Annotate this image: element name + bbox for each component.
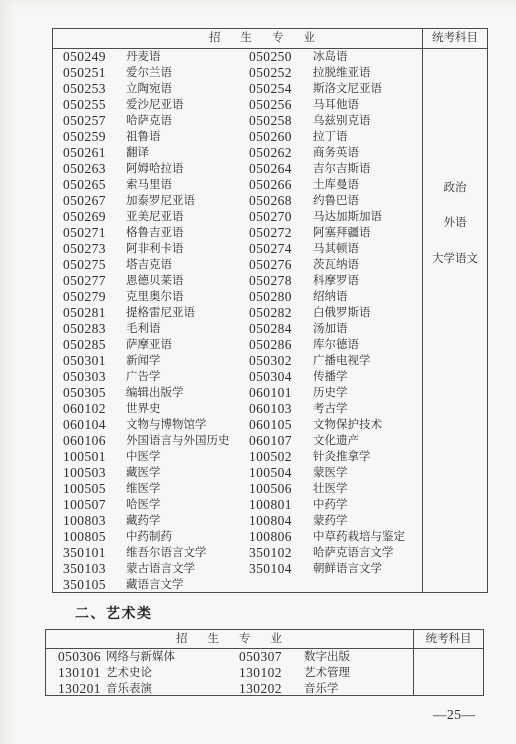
major-name: 哈医学 (126, 497, 249, 513)
major-name: 马耳他语 (313, 97, 422, 113)
major-code: 100501 (63, 449, 126, 465)
major-code: 050251 (63, 65, 126, 81)
major-code: 050255 (63, 97, 126, 113)
major-code: 350102 (249, 545, 313, 561)
major-code: 060106 (63, 433, 126, 449)
table-row: 050281 提格雷尼亚语 050282 白俄罗斯语 (53, 305, 422, 321)
major-code: 130101 (58, 665, 106, 681)
major-code: 050285 (63, 337, 126, 353)
major-name: 朝鲜语言文学 (313, 561, 422, 577)
major-code: 060101 (249, 385, 313, 401)
major-code: 050259 (63, 129, 126, 145)
major-name: 中草药栽培与鉴定 (313, 529, 422, 545)
major-name: 加泰罗尼亚语 (126, 193, 249, 209)
major-code: 050275 (63, 257, 126, 273)
major-name: 藏语言文学 (126, 577, 249, 593)
table-row: 050253 立陶宛语 050254 斯洛文尼亚语 (53, 81, 422, 97)
major-name: 编辑出版学 (126, 385, 249, 401)
major-code: 050286 (249, 337, 313, 353)
majors-header-label: 招生专业 (209, 29, 335, 48)
table-row: 060102 世界史 060103 考古学 (53, 401, 422, 417)
major-code: 050305 (63, 385, 126, 401)
major-name: 艺术管理 (304, 665, 413, 681)
major-name: 恩德贝莱语 (126, 273, 249, 289)
table-row: 100503 藏医学 100504 蒙医学 (53, 465, 422, 481)
major-code: 100503 (63, 465, 126, 481)
major-code: 060105 (249, 417, 313, 433)
major-name: 提格雷尼亚语 (126, 305, 249, 321)
major-code: 060102 (63, 401, 126, 417)
table-row: 050259 祖鲁语 050260 拉丁语 (53, 129, 422, 145)
table-row: 050277 恩德贝莱语 050278 科摩罗语 (53, 273, 422, 289)
major-name: 阿塞拜疆语 (313, 225, 422, 241)
major-name: 科摩罗语 (313, 273, 422, 289)
major-name: 阿非利卡语 (126, 241, 249, 257)
major-name: 文物保护技术 (313, 417, 422, 433)
major-name: 毛利语 (126, 321, 249, 337)
table-row: 050249 丹麦语 050250 冰岛语 (53, 49, 422, 65)
major-name: 汤加语 (313, 321, 422, 337)
major-name: 祖鲁语 (126, 129, 249, 145)
major-code: 350101 (63, 545, 126, 561)
major-code: 100504 (249, 465, 313, 481)
major-name: 拉脱维亚语 (313, 65, 422, 81)
major-name: 哈萨克语言文学 (313, 545, 422, 561)
major-code: 130202 (239, 681, 304, 697)
table-row: 100505 维医学 100506 壮医学 (53, 481, 422, 497)
major-name: 针灸推拿学 (313, 449, 422, 465)
table-row: 130101 艺术史论 130102 艺术管理 (46, 665, 413, 681)
major-name: 数字出版 (304, 649, 413, 665)
major-name: 蒙医学 (313, 465, 422, 481)
table-row: 050275 塔吉克语 050276 茨瓦纳语 (53, 257, 422, 273)
table-row: 100803 藏药学 100804 蒙药学 (53, 513, 422, 529)
major-code: 130201 (58, 681, 106, 697)
subjects-header-label: 统考科目 (422, 29, 488, 48)
table-row: 060106 外国语言与外国历史 060107 文化遗产 (53, 433, 422, 449)
major-name: 土库曼语 (313, 177, 422, 193)
exam-subject-foreign-language: 外语 (422, 215, 488, 231)
major-name: 外国语言与外国历史 (126, 433, 249, 449)
major-code: 050263 (63, 161, 126, 177)
major-name: 藏医学 (126, 465, 249, 481)
major-code: 050279 (63, 289, 126, 305)
major-name: 文物与博物馆学 (126, 417, 249, 433)
major-name: 蒙药学 (313, 513, 422, 529)
table-row: 050306 网络与新媒体 050307 数字出版 (46, 649, 413, 665)
major-name: 塔吉克语 (126, 257, 249, 273)
major-code: 060104 (63, 417, 126, 433)
major-code: 050262 (249, 145, 313, 161)
major-code: 050249 (63, 49, 126, 65)
major-name: 藏药学 (126, 513, 249, 529)
major-code: 100507 (63, 497, 126, 513)
major-name: 维吾尔语言文学 (126, 545, 249, 561)
major-code: 050272 (249, 225, 313, 241)
major-name: 翻译 (126, 145, 249, 161)
major-code: 060103 (249, 401, 313, 417)
major-name: 广播电视学 (313, 353, 422, 369)
major-name: 库尔德语 (313, 337, 422, 353)
table-row: 050285 萨摩亚语 050286 库尔德语 (53, 337, 422, 353)
major-code: 050254 (249, 81, 313, 97)
table-row: 050301 新闻学 050302 广播电视学 (53, 353, 422, 369)
major-name: 爱尔兰语 (126, 65, 249, 81)
section-heading-art-category: 二、艺术类 (75, 606, 153, 624)
table-row: 050267 加泰罗尼亚语 050268 约鲁巴语 (53, 193, 422, 209)
table-row: 350103 蒙古语言文学 350104 朝鲜语言文学 (53, 561, 422, 577)
major-name: 中药制药 (126, 529, 249, 545)
major-name: 壮医学 (313, 481, 422, 497)
table-row: 050251 爱尔兰语 050252 拉脱维亚语 (53, 65, 422, 81)
table-row: 050255 爱沙尼亚语 050256 马耳他语 (53, 97, 422, 113)
major-code: 050261 (63, 145, 126, 161)
major-name: 维医学 (126, 481, 249, 497)
major-code: 050257 (63, 113, 126, 129)
major-code: 050258 (249, 113, 313, 129)
major-code: 050256 (249, 97, 313, 113)
major-code: 050270 (249, 209, 313, 225)
major-name: 吉尔吉斯语 (313, 161, 422, 177)
major-name: 格鲁吉亚语 (126, 225, 249, 241)
major-name (313, 577, 422, 593)
major-code (249, 577, 313, 593)
majors-header-label: 招生专业 (176, 630, 302, 648)
major-code: 050278 (249, 273, 313, 289)
table-row: 050271 格鲁吉亚语 050272 阿塞拜疆语 (53, 225, 422, 241)
major-code: 050306 (58, 649, 106, 665)
major-name: 乌兹别克语 (313, 113, 422, 129)
major-name: 蒙古语言文学 (126, 561, 249, 577)
major-code: 100804 (249, 513, 313, 529)
table-row: 050283 毛利语 050284 汤加语 (53, 321, 422, 337)
majors-table-art: 招生专业 统考科目 050306 网络与新媒体 050307 数字出版 1301… (45, 629, 484, 696)
major-code: 050304 (249, 369, 313, 385)
subjects-header-label: 统考科目 (413, 630, 484, 648)
major-code: 050265 (63, 177, 126, 193)
major-name: 约鲁巴语 (313, 193, 422, 209)
table-row: 050305 编辑出版学 060101 历史学 (53, 385, 422, 401)
major-name: 中医学 (126, 449, 249, 465)
major-name: 马达加斯加语 (313, 209, 422, 225)
table-header-row: 招生专业 统考科目 (53, 29, 487, 49)
major-name: 爱沙尼亚语 (126, 97, 249, 113)
major-code: 050269 (63, 209, 126, 225)
major-name: 亚美尼亚语 (126, 209, 249, 225)
major-code: 100801 (249, 497, 313, 513)
major-name: 传播学 (313, 369, 422, 385)
major-name: 绍纳语 (313, 289, 422, 305)
major-name: 阿姆哈拉语 (126, 161, 249, 177)
major-name: 中药学 (313, 497, 422, 513)
major-name: 立陶宛语 (126, 81, 249, 97)
major-name: 文化遗产 (313, 433, 422, 449)
table-row: 050279 克里奥尔语 050280 绍纳语 (53, 289, 422, 305)
major-code: 100506 (249, 481, 313, 497)
major-name: 考古学 (313, 401, 422, 417)
major-code: 050307 (239, 649, 304, 665)
major-code: 050252 (249, 65, 313, 81)
major-code: 100502 (249, 449, 313, 465)
table-row: 050269 亚美尼亚语 050270 马达加斯加语 (53, 209, 422, 225)
major-code: 050268 (249, 193, 313, 209)
major-code: 050260 (249, 129, 313, 145)
major-code: 050301 (63, 353, 126, 369)
major-code: 050280 (249, 289, 313, 305)
table-row: 100507 哈医学 100801 中药学 (53, 497, 422, 513)
major-code: 350104 (249, 561, 313, 577)
major-code: 100805 (63, 529, 126, 545)
major-name: 艺术史论 (106, 665, 239, 681)
major-code: 350105 (63, 577, 126, 593)
table-row: 050261 翻译 050262 商务英语 (53, 145, 422, 161)
major-name: 广告学 (126, 369, 249, 385)
major-name: 马其顿语 (313, 241, 422, 257)
major-code: 050267 (63, 193, 126, 209)
page-number: —25— (433, 707, 476, 723)
major-name: 白俄罗斯语 (313, 305, 422, 321)
major-name: 丹麦语 (126, 49, 249, 65)
table-header-row: 招生专业 统考科目 (46, 630, 483, 649)
table-row: 050273 阿非利卡语 050274 马其顿语 (53, 241, 422, 257)
major-code: 100505 (63, 481, 126, 497)
table-row: 350101 维吾尔语言文学 350102 哈萨克语言文学 (53, 545, 422, 561)
major-name: 拉丁语 (313, 129, 422, 145)
major-code: 050274 (249, 241, 313, 257)
major-code: 050264 (249, 161, 313, 177)
major-name: 哈萨克语 (126, 113, 249, 129)
major-code: 050250 (249, 49, 313, 65)
exam-subject-politics: 政治 (422, 180, 488, 196)
table-row: 050263 阿姆哈拉语 050264 吉尔吉斯语 (53, 161, 422, 177)
major-code: 050283 (63, 321, 126, 337)
major-code: 050273 (63, 241, 126, 257)
majors-table-general: 招生专业 统考科目 050249 丹麦语 050250 冰岛语 050251 爱… (52, 28, 488, 593)
majors-rows: 050249 丹麦语 050250 冰岛语 050251 爱尔兰语 050252… (53, 49, 422, 593)
major-code: 130102 (239, 665, 304, 681)
table-row: 050265 索马里语 050266 土库曼语 (53, 177, 422, 193)
table-row: 100501 中医学 100502 针灸推拿学 (53, 449, 422, 465)
table-row: 350105 藏语言文学 (53, 577, 422, 593)
exam-subjects-cell: 政治 外语 大学语文 (422, 49, 488, 592)
major-code: 050302 (249, 353, 313, 369)
major-name: 音乐学 (304, 681, 413, 697)
major-code: 050266 (249, 177, 313, 193)
major-name: 斯洛文尼亚语 (313, 81, 422, 97)
major-name: 冰岛语 (313, 49, 422, 65)
major-code: 350103 (63, 561, 126, 577)
major-name: 萨摩亚语 (126, 337, 249, 353)
major-code: 100806 (249, 529, 313, 545)
major-code: 050284 (249, 321, 313, 337)
major-name: 历史学 (313, 385, 422, 401)
major-name: 新闻学 (126, 353, 249, 369)
exam-subject-college-chinese: 大学语文 (422, 251, 488, 267)
major-code: 050271 (63, 225, 126, 241)
major-name: 网络与新媒体 (106, 649, 239, 665)
major-code: 050277 (63, 273, 126, 289)
table-row: 050257 哈萨克语 050258 乌兹别克语 (53, 113, 422, 129)
major-name: 世界史 (126, 401, 249, 417)
major-code: 050303 (63, 369, 126, 385)
major-name: 克里奥尔语 (126, 289, 249, 305)
major-code: 050253 (63, 81, 126, 97)
major-code: 050276 (249, 257, 313, 273)
majors-rows: 050306 网络与新媒体 050307 数字出版 130101 艺术史论 13… (46, 649, 413, 697)
major-name: 茨瓦纳语 (313, 257, 422, 273)
major-name: 商务英语 (313, 145, 422, 161)
major-code: 050281 (63, 305, 126, 321)
table-row: 050303 广告学 050304 传播学 (53, 369, 422, 385)
major-code: 050282 (249, 305, 313, 321)
major-name: 索马里语 (126, 177, 249, 193)
table-row: 100805 中药制药 100806 中草药栽培与鉴定 (53, 529, 422, 545)
table-row: 060104 文物与博物馆学 060105 文物保护技术 (53, 417, 422, 433)
table-row: 130201 音乐表演 130202 音乐学 (46, 681, 413, 697)
major-code: 100803 (63, 513, 126, 529)
major-code: 060107 (249, 433, 313, 449)
major-name: 音乐表演 (106, 681, 239, 697)
